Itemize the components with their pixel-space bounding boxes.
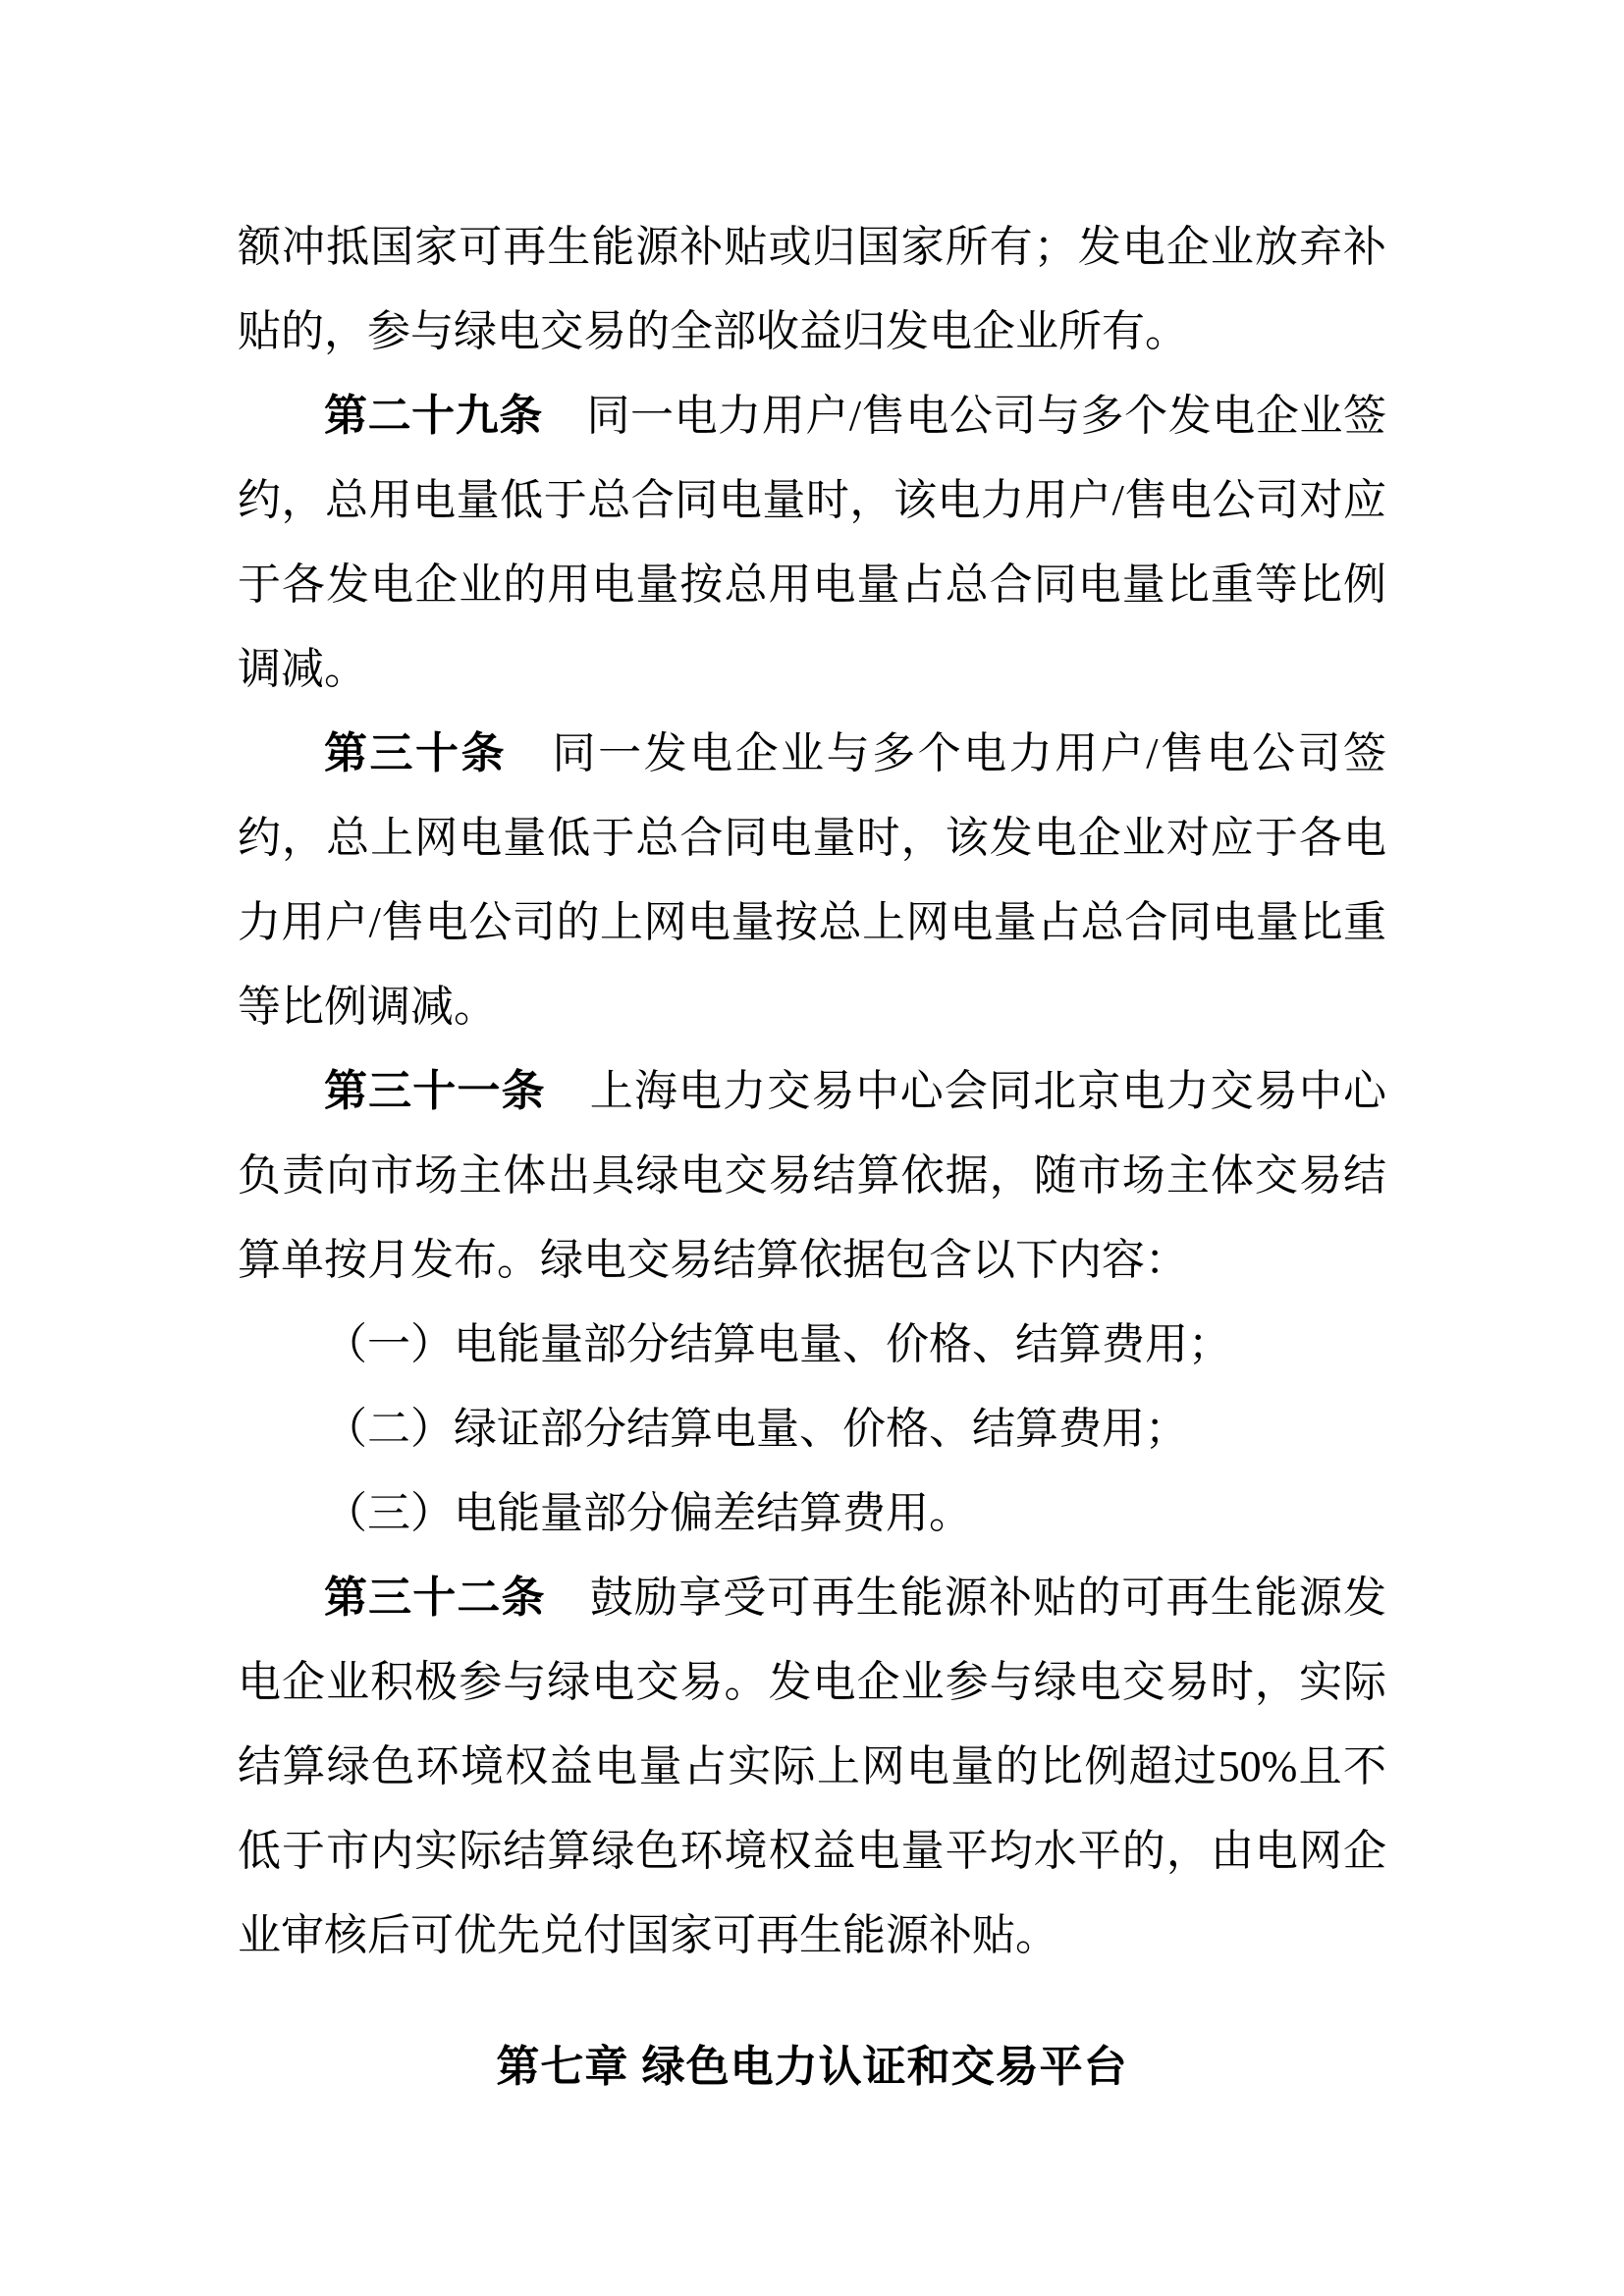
paragraph-text: （二）绿证部分结算电量、价格、结算费用； — [324, 1405, 1188, 1453]
paragraph-article-32: 第三十二条 鼓励享受可再生能源补贴的可再生能源发电企业积极参与绿电交易。发电企业… — [238, 1556, 1386, 1978]
article-number: 第三十条 — [324, 729, 507, 777]
chapter-heading: 第七章 绿色电力认证和交易平台 — [238, 2025, 1386, 2109]
paragraph-item-2: （二）绿证部分结算电量、价格、结算费用； — [238, 1387, 1386, 1471]
paragraph-item-1: （一）电能量部分结算电量、价格、结算费用； — [238, 1303, 1386, 1387]
paragraph-text: 额冲抵国家可再生能源补贴或归国家所有；发电企业放弃补贴的，参与绿电交易的全部收益… — [238, 223, 1386, 355]
article-number: 第三十二条 — [324, 1574, 546, 1622]
article-number: 第三十一条 — [324, 1067, 546, 1115]
paragraph-article-30: 第三十条 同一发电企业与多个电力用户/售电公司签约，总上网电量低于总合同电量时，… — [238, 712, 1386, 1049]
paragraph-text: （三）电能量部分偏差结算费用。 — [324, 1489, 972, 1537]
paragraph-list: 额冲抵国家可再生能源补贴或归国家所有；发电企业放弃补贴的，参与绿电交易的全部收益… — [238, 205, 1386, 1978]
paragraph-text: 鼓励享受可再生能源补贴的可再生能源发电企业积极参与绿电交易。发电企业参与绿电交易… — [238, 1574, 1386, 1959]
paragraph-text: （一）电能量部分结算电量、价格、结算费用； — [324, 1320, 1231, 1368]
paragraph-article-29: 第二十九条 同一电力用户/售电公司与多个发电企业签约，总用电量低于总合同电量时，… — [238, 374, 1386, 712]
paragraph-item-3: （三）电能量部分偏差结算费用。 — [238, 1471, 1386, 1556]
document-page: 额冲抵国家可再生能源补贴或归国家所有；发电企业放弃补贴的，参与绿电交易的全部收益… — [0, 0, 1624, 2296]
article-number: 第二十九条 — [324, 392, 543, 440]
document-body: 额冲抵国家可再生能源补贴或归国家所有；发电企业放弃补贴的，参与绿电交易的全部收益… — [0, 0, 1624, 2109]
paragraph-article-31: 第三十一条 上海电力交易中心会同北京电力交易中心负责向市场主体出具绿电交易结算依… — [238, 1049, 1386, 1303]
paragraph-continued-from-previous-page: 额冲抵国家可再生能源补贴或归国家所有；发电企业放弃补贴的，参与绿电交易的全部收益… — [238, 205, 1386, 374]
